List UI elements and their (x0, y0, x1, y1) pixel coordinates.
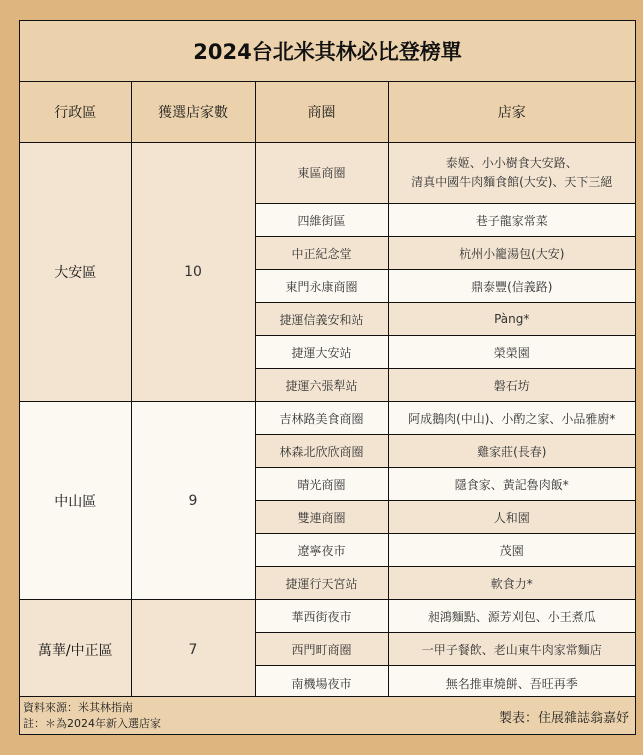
shops-cell: 榮榮園 (388, 336, 635, 369)
header-area: 商圈 (255, 82, 388, 143)
footer-notes: 資料來源：米其林指南 註：＊為2024年新入選店家 (23, 700, 161, 732)
table-row: 萬華/中正區 7 華西街夜市 昶鴻麵點、源芳刈包、小王煮瓜 (20, 600, 635, 633)
area-cell: 吉林路美食商圈 (255, 402, 388, 435)
shops-cell: 隱食家、黃記魯肉飯* (388, 468, 635, 501)
shops-cell: 鼎泰豐(信義路) (388, 270, 635, 303)
shops-cell: 阿成鵝肉(中山)、小酌之家、小品雅廚* (388, 402, 635, 435)
district-cell: 萬華/中正區 (20, 600, 131, 701)
area-cell: 中正紀念堂 (255, 237, 388, 270)
area-cell: 捷運信義安和站 (255, 303, 388, 336)
area-cell: 東門永康商圈 (255, 270, 388, 303)
asterisk-note: 註：＊為2024年新入選店家 (23, 716, 161, 732)
shops-cell: 昶鴻麵點、源芳刈包、小王煮瓜 (388, 600, 635, 633)
area-cell: 捷運六張犁站 (255, 369, 388, 402)
area-cell: 雙連商圈 (255, 501, 388, 534)
count-cell: 10 (131, 143, 255, 402)
shops-cell: 軟食力* (388, 567, 635, 600)
header-district: 行政區 (20, 82, 131, 143)
shops-cell: 杭州小籠湯包(大安) (388, 237, 635, 270)
shops-cell: 雞家莊(長春) (388, 435, 635, 468)
shops-line: 清真中國牛肉麵食館(大安)、天下三絕 (389, 173, 636, 192)
shops-cell: Pàng* (388, 303, 635, 336)
district-cell: 中山區 (20, 402, 131, 600)
area-cell: 四維街區 (255, 204, 388, 237)
area-cell: 捷運行天宮站 (255, 567, 388, 600)
area-cell: 遼寧夜市 (255, 534, 388, 567)
area-cell: 捷運大安站 (255, 336, 388, 369)
shops-cell: 人和園 (388, 501, 635, 534)
ranking-sheet: 2024台北米其林必比登榜單 行政區 獲選店家數 商圈 店家 大安區 10 東區… (19, 20, 636, 735)
source-note: 資料來源：米其林指南 (23, 700, 161, 716)
area-cell: 東區商圈 (255, 143, 388, 204)
credit-note: 製表：住展雜誌翁嘉妤 (499, 707, 629, 726)
page-title: 2024台北米其林必比登榜單 (20, 21, 635, 82)
footer: 資料來源：米其林指南 註：＊為2024年新入選店家 製表：住展雜誌翁嘉妤 (20, 696, 635, 734)
table-row: 中山區 9 吉林路美食商圈 阿成鵝肉(中山)、小酌之家、小品雅廚* (20, 402, 635, 435)
area-cell: 西門町商圈 (255, 633, 388, 666)
table-header-row: 行政區 獲選店家數 商圈 店家 (20, 82, 635, 143)
count-cell: 9 (131, 402, 255, 600)
area-cell: 晴光商圈 (255, 468, 388, 501)
header-count: 獲選店家數 (131, 82, 255, 143)
table-row: 大安區 10 東區商圈 泰姬、小小樹食大安路、 清真中國牛肉麵食館(大安)、天下… (20, 143, 635, 204)
area-cell: 林森北欣欣商圈 (255, 435, 388, 468)
shops-cell: 茂園 (388, 534, 635, 567)
header-shops: 店家 (388, 82, 635, 143)
shops-cell: 磐石坊 (388, 369, 635, 402)
bib-gourmand-table: 行政區 獲選店家數 商圈 店家 大安區 10 東區商圈 泰姬、小小樹食大安路、 … (20, 82, 635, 701)
shops-cell: 巷子龍家常菜 (388, 204, 635, 237)
shops-cell: 泰姬、小小樹食大安路、 清真中國牛肉麵食館(大安)、天下三絕 (388, 143, 635, 204)
district-cell: 大安區 (20, 143, 131, 402)
area-cell: 華西街夜市 (255, 600, 388, 633)
shops-line: 泰姬、小小樹食大安路、 (389, 154, 636, 173)
shops-cell: 一甲子餐飲、老山東牛肉家常麵店 (388, 633, 635, 666)
count-cell: 7 (131, 600, 255, 701)
